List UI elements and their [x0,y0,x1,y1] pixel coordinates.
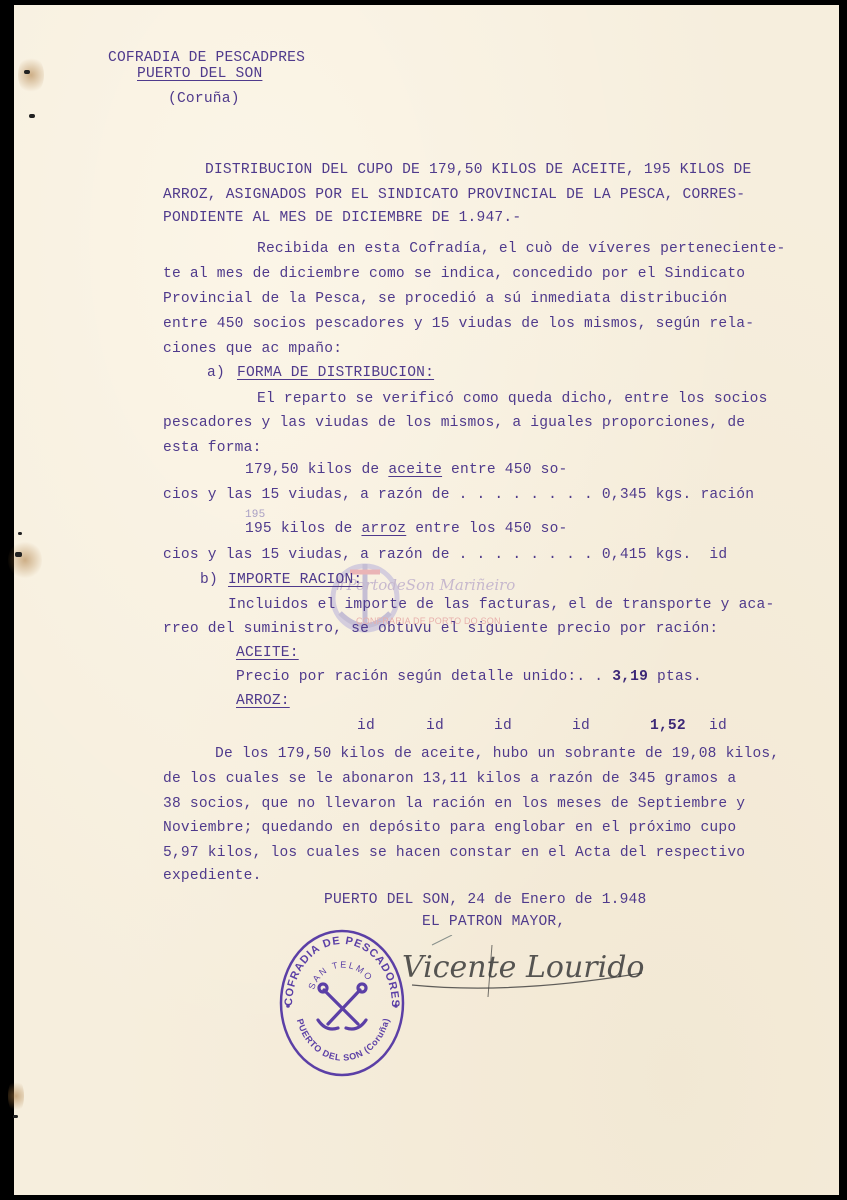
section-a-line-3: esta forma: [163,441,262,456]
rice-price-value: 1,52 [650,719,686,734]
rice-id-3: id [494,719,512,734]
closing-line-1: De los 179,50 kilos de aceite, hubo un s… [215,747,779,762]
oil-distribution-line-1: 179,50 kilos de aceite entre 450 so- [245,463,568,478]
rice-id-1: id [357,719,375,734]
oil-keyword: aceite [388,462,442,478]
signature-text: Vicente Lourido [402,950,644,985]
svg-text:PUERTO DEL SON (Coruña): PUERTO DEL SON (Coruña) [295,1017,392,1063]
oil-price-heading: ACEITE: [236,646,299,661]
closing-line-3: 38 socios, que no llevaron la ración en … [163,797,745,812]
punch-mark [18,532,22,535]
stamp-top-text: COFRADIA DE PESCADORES [283,935,401,1008]
section-a-line-2: pescadores y las viudas de los mismos, a… [163,416,745,431]
rust-stain [8,1078,24,1114]
punch-mark [13,1115,18,1118]
oil-distribution-line-2: cios y las 15 viudas, a razón de . . . .… [163,488,754,503]
rust-stain [8,540,42,580]
place-and-date: PUERTO DEL SON, 24 de Enero de 1.948 [324,893,646,908]
punch-mark [15,552,22,557]
closing-line-6: expediente. [163,869,262,884]
rice-keyword: arroz [361,521,406,537]
rice-price-heading: ARROZ: [236,694,290,709]
rust-stain [18,55,44,95]
intro-line-3: Provincial de la Pesca, se procedió a sú… [163,292,727,307]
svg-text:COFRADIA DE PESCADORES: COFRADIA DE PESCADORES [283,935,401,1008]
section-b-line-2: rreo del suministro, se obtuvu el siguie… [163,622,718,637]
section-a-line-1: El reparto se verificó como queda dicho,… [257,392,768,407]
oil-price-line: Precio por ración según detalle unido:. … [236,670,702,685]
title-line-3: PONDIENTE AL MES DE DICIEMBRE DE 1.947.- [163,211,521,226]
intro-line-5: ciones que ac mpaño: [163,342,342,357]
rice-distribution-line-1: 195 kilos de arroz entre los 450 so- [245,522,568,537]
intro-line-2: te al mes de diciembre como se indica, c… [163,267,745,282]
section-b-marker: b) [200,573,218,588]
org-location: PUERTO DEL SON [137,67,262,82]
section-b-line-1: Incluidos el importe de las facturas, el… [228,598,774,613]
section-a-marker: a) [207,366,225,381]
closing-line-5: 5,97 kilos, los cuales se hacen constar … [163,846,745,861]
rice-id-2: id [426,719,444,734]
closing-line-2: de los cuales se le abonaron 13,11 kilos… [163,772,736,787]
punch-mark [24,70,30,74]
rice-price-unit: id [709,719,727,734]
closing-line-4: Noviembre; quedando en depósito para eng… [163,821,736,836]
signatory-role: EL PATRON MAYOR, [422,915,565,930]
oil-price-value: 3,19 [612,669,648,685]
cofradia-stamp: COFRADIA DE PESCADORES SAN TELMO PUERTO … [278,928,406,1078]
punch-mark [29,114,35,118]
intro-line-4: entre 450 socios pescadores y 15 viudas … [163,317,754,332]
intro-line-1: Recibida en esta Cofradía, el cuò de vív… [257,242,786,257]
anchor-icon [318,984,366,1029]
section-a-heading: FORMA DE DISTRIBUCION: [237,366,434,381]
rice-overstrike: 195 [245,510,265,521]
org-name: COFRADIA DE PESCADPRES [108,51,305,66]
signature: Vicente Lourido [392,935,652,1005]
stamp-bottom-text: PUERTO DEL SON (Coruña) [295,1017,392,1063]
rice-id-4: id [572,719,590,734]
title-line-1: DISTRIBUCION DEL CUPO DE 179,50 KILOS DE… [205,163,751,178]
title-line-2: ARROZ, ASIGNADOS POR EL SINDICATO PROVIN… [163,188,745,203]
section-b-heading: IMPORTE RACION: [228,573,362,588]
org-province: (Coruña) [168,92,240,107]
